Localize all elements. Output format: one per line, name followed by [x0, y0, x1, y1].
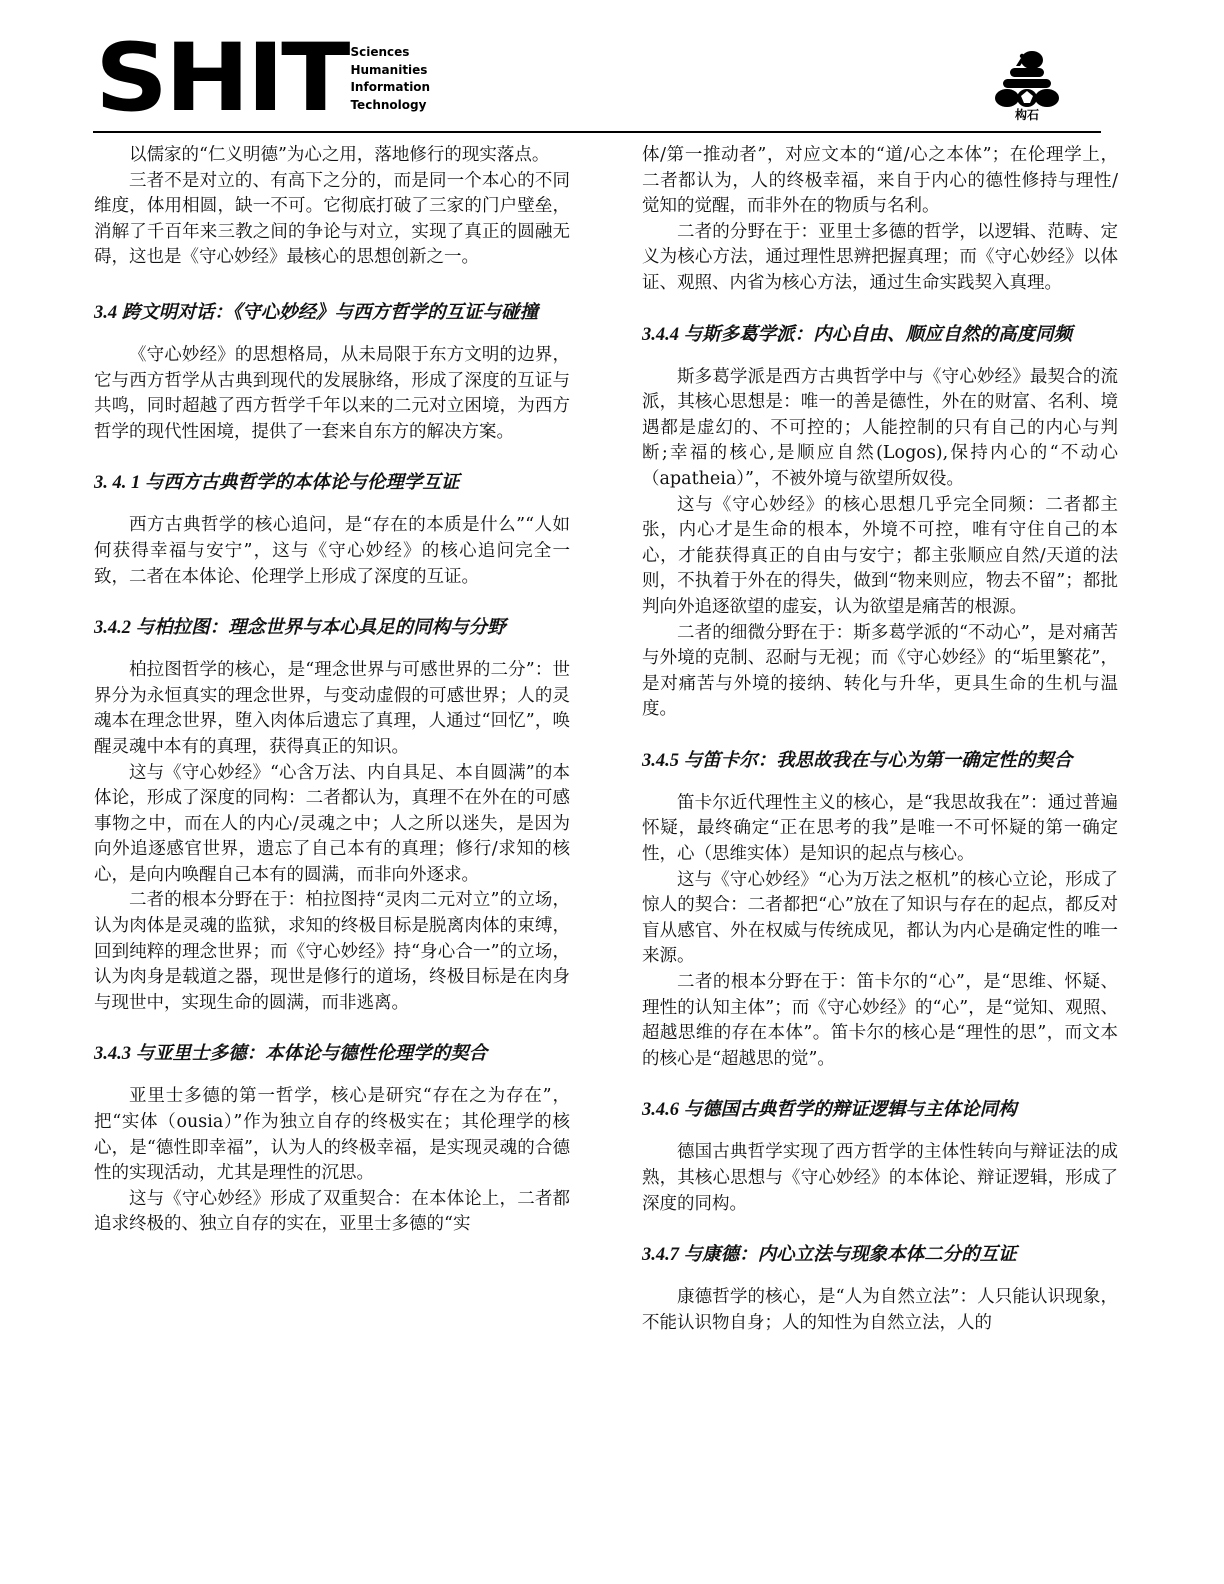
- paragraph: 康德哲学的核心，是“人为自然立法”：人只能认识现象，不能认识物自身；人的知性为自…: [642, 1285, 1118, 1336]
- brand-subtitle-line: Technology: [350, 97, 430, 115]
- section-heading-3-4-4: 3.4.4 与斯多葛学派：内心自由、顺应自然的高度同频: [642, 323, 1118, 347]
- brand-subtitle-line: Information: [350, 79, 430, 97]
- section-heading-3-4-1: 3. 4. 1 与西方古典哲学的本体论与伦理学互证: [94, 471, 570, 495]
- paragraph: 斯多葛学派是西方古典哲学中与《守心妙经》最契合的流派，其核心思想是：唯一的善是德…: [642, 365, 1118, 493]
- paragraph: 三者不是对立的、有高下之分的，而是同一个本心的不同维度，体用相圆，缺一不可。它彻…: [94, 169, 570, 271]
- paragraph: 柏拉图哲学的核心，是“理念世界与可感世界的二分”：世界分为永恒真实的理念世界，与…: [94, 658, 570, 760]
- header-divider: [93, 131, 1101, 133]
- paragraph: 二者的根本分野在于：笛卡尔的“心”，是“思维、怀疑、理性的认知主体”；而《守心妙…: [642, 970, 1118, 1072]
- section-heading-3-4-5: 3.4.5 与笛卡尔：我思故我在与心为第一确定性的契合: [642, 749, 1118, 773]
- paragraph: 笛卡尔近代理性主义的核心，是“我思故我在”：通过普遍怀疑，最终确定“正在思考的我…: [642, 791, 1118, 868]
- page-header: SHIT Sciences Humanities Information Tec…: [93, 38, 1101, 134]
- paragraph: 西方古典哲学的核心追问，是“存在的本质是什么”“人如何获得幸福与安宁”，这与《守…: [94, 513, 570, 590]
- paragraph: 这与《守心妙经》形成了双重契合：在本体论上，二者都追求终极的、独立自存的实在，亚…: [94, 1187, 570, 1238]
- brand-logo: SHIT Sciences Humanities Information Tec…: [95, 38, 430, 118]
- logo-label: 构石: [991, 106, 1063, 123]
- brand-subtitle: Sciences Humanities Information Technolo…: [350, 44, 430, 114]
- section-heading-3-4-6: 3.4.6 与德国古典哲学的辩证逻辑与主体论同构: [642, 1098, 1118, 1122]
- paragraph: 这与《守心妙经》“心为万法之枢机”的核心立论，形成了惊人的契合：二者都把“心”放…: [642, 868, 1118, 970]
- brand-subtitle-line: Humanities: [350, 62, 430, 80]
- stone-pile-logo: 构石: [991, 46, 1063, 124]
- paragraph: 这与《守心妙经》的核心思想几乎完全同频：二者都主张，内心才是生命的根本，外境不可…: [642, 493, 1118, 621]
- paragraph: 《守心妙经》的思想格局，从未局限于东方文明的边界，它与西方哲学从古典到现代的发展…: [94, 343, 570, 445]
- stone-pile-icon: [994, 46, 1060, 108]
- paragraph: 二者的根本分野在于：柏拉图持“灵肉二元对立”的立场，认为肉体是灵魂的监狱，求知的…: [94, 888, 570, 1016]
- section-heading-3-4-2: 3.4.2 与柏拉图：理念世界与本心具足的同构与分野: [94, 616, 570, 640]
- paragraph: 德国古典哲学实现了西方哲学的主体性转向与辩证法的成熟，其核心思想与《守心妙经》的…: [642, 1140, 1118, 1217]
- paragraph: 二者的分野在于：亚里士多德的哲学，以逻辑、范畴、定义为核心方法，通过理性思辨把握…: [642, 220, 1118, 297]
- right-column: 体/第一推动者”，对应文本的“道/心之本体”；在伦理学上，二者都认为，人的终极幸…: [642, 143, 1118, 1336]
- paragraph: 这与《守心妙经》“心含万法、内自具足、本自圆满”的本体论，形成了深度的同构：二者…: [94, 761, 570, 889]
- section-heading-3-4-7: 3.4.7 与康德：内心立法与现象本体二分的互证: [642, 1243, 1118, 1267]
- paragraph: 亚里士多德的第一哲学，核心是研究“存在之为存在”，把“实体（ousia）”作为独…: [94, 1084, 570, 1186]
- paragraph: 二者的细微分野在于：斯多葛学派的“不动心”，是对痛苦与外境的克制、忍耐与无视；而…: [642, 621, 1118, 723]
- brand-subtitle-line: Sciences: [350, 44, 430, 62]
- section-heading-3-4-3: 3.4.3 与亚里士多德：本体论与德性伦理学的契合: [94, 1042, 570, 1066]
- left-column: 以儒家的“仁义明德”为心之用，落地修行的现实落点。 三者不是对立的、有高下之分的…: [94, 143, 570, 1238]
- brand-wordmark: SHIT: [95, 40, 347, 118]
- paragraph: 以儒家的“仁义明德”为心之用，落地修行的现实落点。: [94, 143, 570, 169]
- section-heading-3-4: 3.4 跨文明对话：《守心妙经》与西方哲学的互证与碰撞: [94, 301, 570, 325]
- paragraph: 体/第一推动者”，对应文本的“道/心之本体”；在伦理学上，二者都认为，人的终极幸…: [642, 143, 1118, 220]
